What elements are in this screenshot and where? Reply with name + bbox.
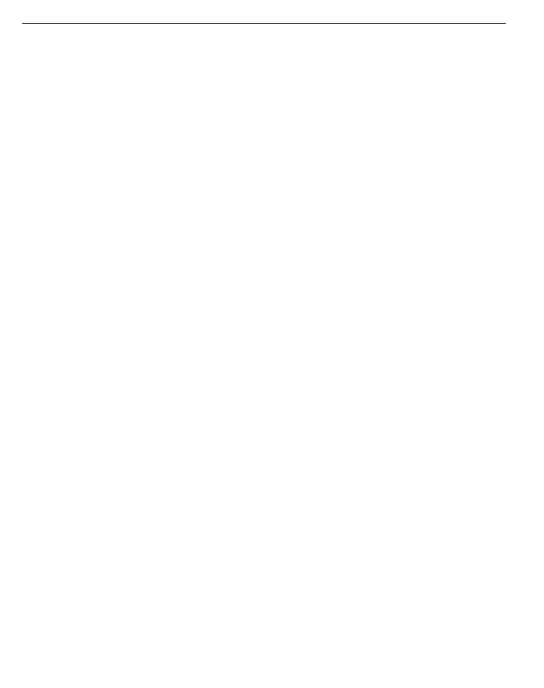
header-rule	[22, 23, 506, 24]
option-d	[212, 224, 215, 242]
option-c	[36, 101, 39, 119]
option-b	[212, 207, 215, 225]
option-a	[42, 341, 45, 359]
option-d	[212, 101, 215, 119]
option-a	[36, 207, 39, 225]
option-c	[190, 341, 193, 359]
option-b	[212, 84, 215, 102]
option-d	[264, 341, 267, 359]
option-c	[36, 224, 39, 242]
option-b	[115, 341, 118, 359]
option-a	[36, 84, 39, 102]
